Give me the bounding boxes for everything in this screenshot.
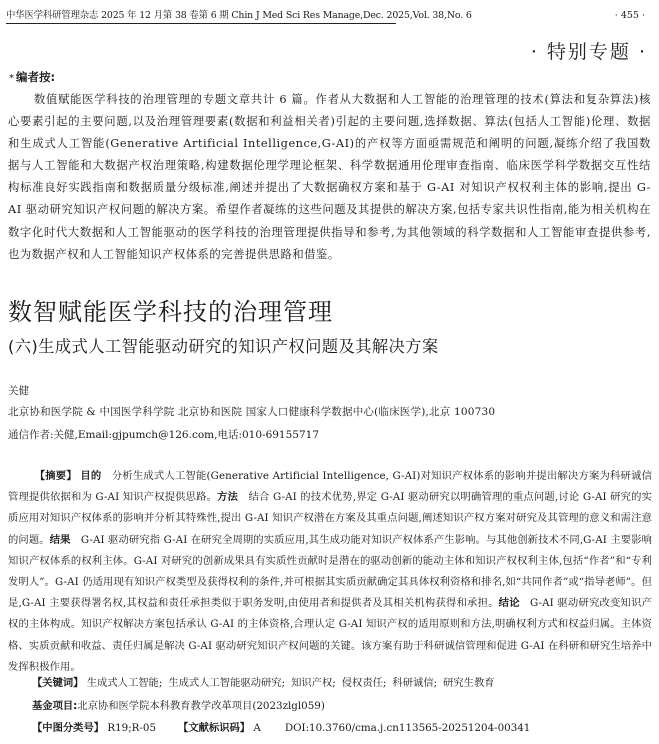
methods-label: 方法	[217, 491, 238, 503]
keywords-label: 【关键词】	[32, 677, 83, 689]
doc-code-label: 【文献标识码】	[178, 722, 250, 734]
fund-info: 基金项目:北京协和医学院本科教育教学改革项目(2023zlgl059)	[32, 699, 325, 713]
editor-note-label-text: 编者按:	[16, 70, 55, 84]
page-number: · 455 ·	[615, 10, 645, 22]
keyword: 生成式人工智能驱动研究;	[168, 677, 285, 689]
clc-label: 【中图分类号】	[32, 722, 104, 734]
results-label: 结果	[50, 534, 71, 546]
keywords: 【关键词】 生成式人工智能;生成式人工智能驱动研究;知识产权;侵权责任;科研诚信…	[32, 676, 501, 690]
article-title: 数智赋能医学科技的治理管理	[8, 296, 333, 328]
keyword: 生成式人工智能;	[87, 677, 163, 689]
section-tag: · 特别专题 ·	[531, 40, 647, 64]
author-affiliation: 北京协和医学院 & 中国医学科学院 北京协和医院 国家人口健康科学数据中心(临床…	[8, 405, 495, 419]
correspondence-info: 通信作者:关健,Email:gjpumch@126.com,电话:010-691…	[8, 428, 319, 442]
fund-label: 基金项目:	[32, 700, 77, 712]
doc-code-value: A	[253, 722, 260, 734]
doi: DOI:10.3760/cma.j.cn113565-20251204-0034…	[285, 722, 531, 734]
clc-value: R19;R-05	[107, 722, 156, 734]
keyword: 研究生教育	[443, 677, 494, 689]
article-subtitle: (六)生成式人工智能驱动研究的知识产权问题及其解决方案	[8, 336, 439, 358]
editor-note-label: *编者按:	[9, 70, 55, 86]
classification-line: 【中图分类号】 R19;R-05【文献标识码】 ADOI:10.3760/cma…	[32, 721, 530, 735]
keyword: 科研诚信;	[392, 677, 437, 689]
editor-note-body: 数值赋能医学科技的治理管理的专题文章共计 6 篇。作者从大数据和人工智能的治理管…	[8, 89, 651, 266]
abstract-label: 【摘要】	[35, 470, 77, 482]
asterisk-icon: *	[9, 73, 14, 84]
running-head: 中华医学科研管理杂志 2025 年 12 月第 38 卷第 6 期 Chin J…	[6, 10, 396, 24]
keyword: 侵权责任;	[342, 677, 387, 689]
abstract: 【摘要】 目的分析生成式人工智能(Generative Artificial I…	[8, 466, 652, 678]
conclusion-label: 结论	[499, 597, 520, 609]
author-name: 关健	[8, 384, 29, 398]
objective-label: 目的	[80, 470, 101, 482]
keyword: 知识产权;	[291, 677, 336, 689]
fund-text: 北京协和医学院本科教育教学改革项目(2023zlgl059)	[77, 700, 325, 712]
